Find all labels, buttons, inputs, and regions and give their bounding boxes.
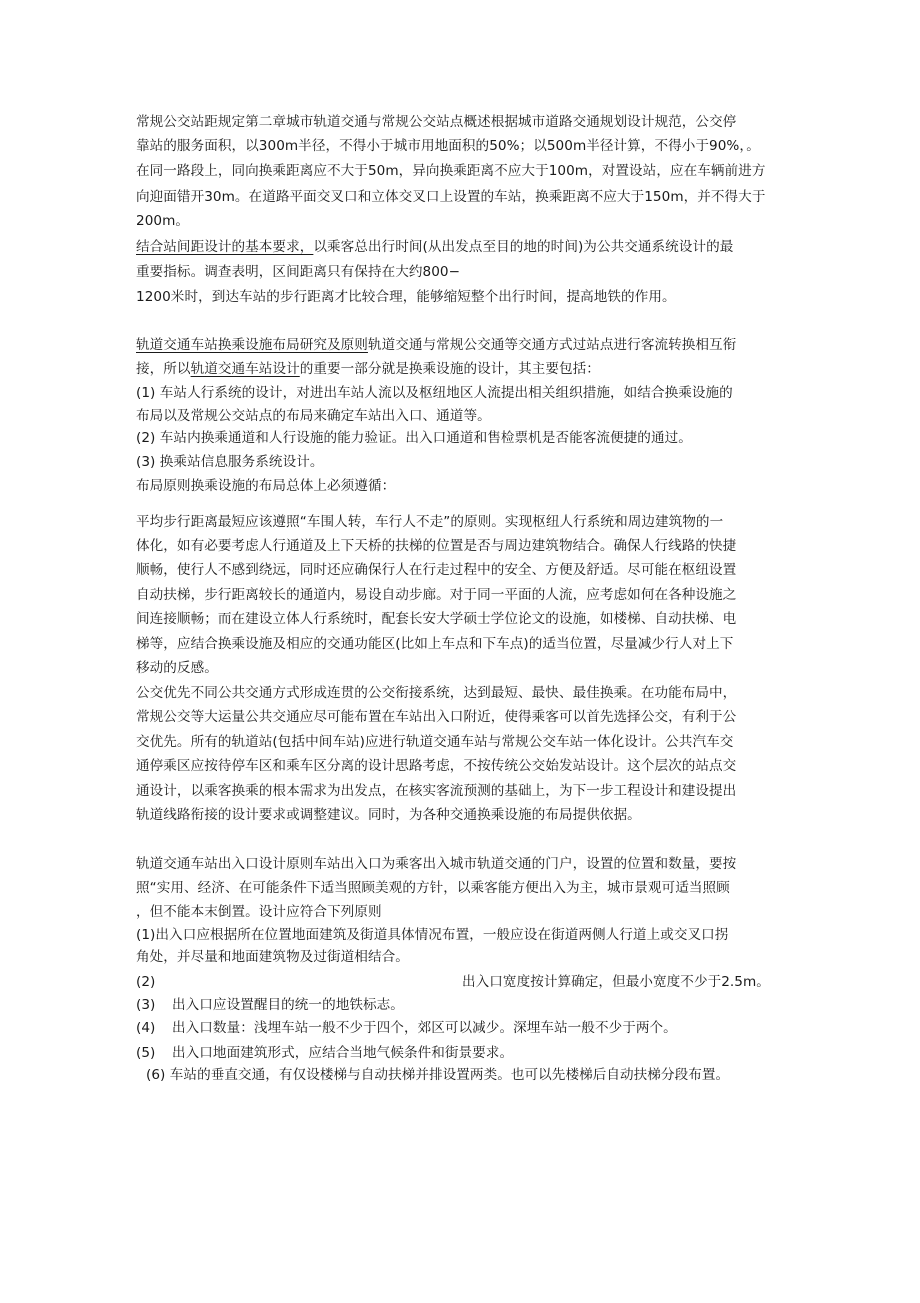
list-item-number: (2) bbox=[136, 973, 155, 991]
paragraph-line: 常规公交等大运量公共交通应尽可能布置在车站出入口附近，使得乘客可以首先选择公交，… bbox=[136, 708, 736, 726]
list-item: (2) 车站内换乘通道和人行设施的能力验证。出入口通道和售检票机是否能客流便捷的… bbox=[136, 429, 692, 447]
paragraph-line: 布局原则换乘设施的布局总体上必须遵循： bbox=[136, 477, 395, 495]
paragraph-text: 以乘客总出行时间(从出发点至目的地的时间)为公共交通系统设计的最 bbox=[313, 239, 733, 255]
list-item: 出入口应设置醒目的统一的地铁标志。 bbox=[172, 996, 404, 1014]
list-item-number: (5) bbox=[136, 1044, 155, 1062]
paragraph-text: 的重要一部分就是换乘设施的设计，其主要包括： bbox=[300, 361, 600, 377]
paragraph-line: 轨道交通车站换乘设施布局研究及原则轨道交通与常规公交通等交通方式过站点进行客流转… bbox=[136, 336, 736, 354]
list-item: 出入口宽度按计算确定，但最小宽度不少于2.5m。 bbox=[462, 973, 770, 991]
list-item-number: (4) bbox=[136, 1019, 155, 1037]
paragraph-line: 接，所以轨道交通车站设计的重要一部分就是换乘设施的设计，其主要包括： bbox=[136, 360, 600, 378]
paragraph-line: 常规公交站距规定第二章城市轨道交通与常规公交站点概述根据城市道路交通规划设计规范… bbox=[136, 113, 736, 131]
paragraph-line: 轨道交通车站出入口设计原则车站出入口为乘客出入城市轨道交通的门户，设置的位置和数… bbox=[136, 855, 736, 873]
paragraph-line: 重要指标。调查表明，区间距离只有保持在大约800− bbox=[136, 263, 460, 281]
paragraph-line: 平均步行距离最短应该遵照“车围人转，车行人不走”的原则。实现枢纽人行系统和周边建… bbox=[136, 513, 723, 531]
paragraph-line: 向迎面错开30m。在道路平面交叉口和立体交叉口上设置的车站，换乘距离不应大于15… bbox=[136, 188, 765, 206]
document-page: 常规公交站距规定第二章城市轨道交通与常规公交站点概述根据城市道路交通规划设计规范… bbox=[0, 0, 920, 1303]
paragraph-line: 交优先。所有的轨道站(包括中间车站)应进行轨道交通车站与常规公交车站一体化设计。… bbox=[136, 733, 733, 751]
paragraph-line: 公交优先不同公共交通方式形成连贯的公交衔接系统，达到最短、最快、最佳换乘。在功能… bbox=[136, 684, 736, 702]
station-design-link[interactable]: 轨道交通车站设计 bbox=[191, 361, 300, 377]
list-item: (1)出入口应根据所在位置地面建筑及街道具体情况布置，一般应设在街道两侧人行道上… bbox=[136, 926, 728, 944]
paragraph-line: 结合站间距设计的基本要求，以乘客总出行时间(从出发点至目的地的时间)为公共交通系… bbox=[136, 238, 733, 256]
paragraph-text: 轨道交通与常规公交通等交通方式过站点进行客流转换相互衔 bbox=[368, 337, 736, 353]
paragraph-line: 通设计，以乘客换乘的根本需求为出发点，在核实客流预测的基础上，为下一步工程设计和… bbox=[136, 782, 736, 800]
paragraph-line: ，但不能本末倒置。设计应符合下列原则 bbox=[136, 903, 382, 921]
paragraph-line: 梯等，应结合换乘设施及相应的交通功能区(比如上车点和下车点)的适当位置，尽量减少… bbox=[136, 635, 733, 653]
paragraph-line: 照“实用、经济、在可能条件下适当照顾美观的方针，以乘客能方便出入为主，城市景观可… bbox=[136, 879, 730, 897]
list-item: (1) 车站人行系统的设计，对进出车站人流以及枢纽地区人流提出相关组织措施，如结… bbox=[136, 384, 733, 402]
section-title-link[interactable]: 轨道交通车站换乘设施布局研究及原则 bbox=[136, 337, 368, 353]
paragraph-line: 1200米时，到达车站的步行距离才比较合理，能够缩短整个出行时间，提高地铁的作用… bbox=[136, 288, 676, 306]
paragraph-line: 移动的反感。 bbox=[136, 659, 218, 677]
list-item: (6) 车站的垂直交通，有仅设楼梯与自动扶梯并排设置两类。也可以先楼梯后自动扶梯… bbox=[146, 1066, 729, 1084]
paragraph-line: 200m。 bbox=[136, 212, 189, 230]
paragraph-line: 自动扶梯，步行距离较长的通道内，易设自动步廊。对于同一平面的人流，应考虑如何在各… bbox=[136, 586, 736, 604]
list-item: (3) 换乘站信息服务系统设计。 bbox=[136, 453, 324, 471]
paragraph-line: 顺畅，使行人不感到绕远，同时还应确保行人在行走过程中的安全、方便及舒适。尽可能在… bbox=[136, 561, 736, 579]
paragraph-line: 通停乘区应按待停车区和乘车区分离的设计思路考虑，不按传统公交始发站设计。这个层次… bbox=[136, 757, 736, 775]
paragraph-line: 间连接顺畅；而在建设立体人行系统时，配套长安大学硕士学位论文的设施，如楼梯、自动… bbox=[136, 610, 736, 628]
underlined-heading: 结合站间距设计的基本要求， bbox=[136, 239, 313, 255]
list-item: 出入口数量：浅埋车站一般不少于四个，郊区可以减少。深埋车站一般不少于两个。 bbox=[172, 1019, 677, 1037]
list-item: 出入口地面建筑形式，应结合当地气候条件和街景要求。 bbox=[172, 1044, 513, 1062]
paragraph-text: 接，所以 bbox=[136, 361, 191, 377]
list-item: 布局以及常规公交站点的布局来确定车站出入口、通道等。 bbox=[136, 407, 491, 425]
list-item: 角处，并尽量和地面建筑物及过街道相结合。 bbox=[136, 948, 409, 966]
paragraph-line: 靠站的服务面积，以300m半径，不得小于城市用地面积的50%；以500m半径计算… bbox=[136, 137, 760, 155]
paragraph-line: 体化，如有必要考虑人行通道及上下天桥的扶梯的位置是否与周边建筑物结合。确保人行线… bbox=[136, 537, 736, 555]
list-item-number: (3) bbox=[136, 996, 155, 1014]
paragraph-line: 轨道线路衔接的设计要求或调整建议。同时，为各种交通换乘设施的布局提供依据。 bbox=[136, 806, 641, 824]
paragraph-line: 在同一路段上，同向换乘距离应不大于50m，异向换乘距离不应大于100m，对置设站… bbox=[136, 162, 765, 180]
